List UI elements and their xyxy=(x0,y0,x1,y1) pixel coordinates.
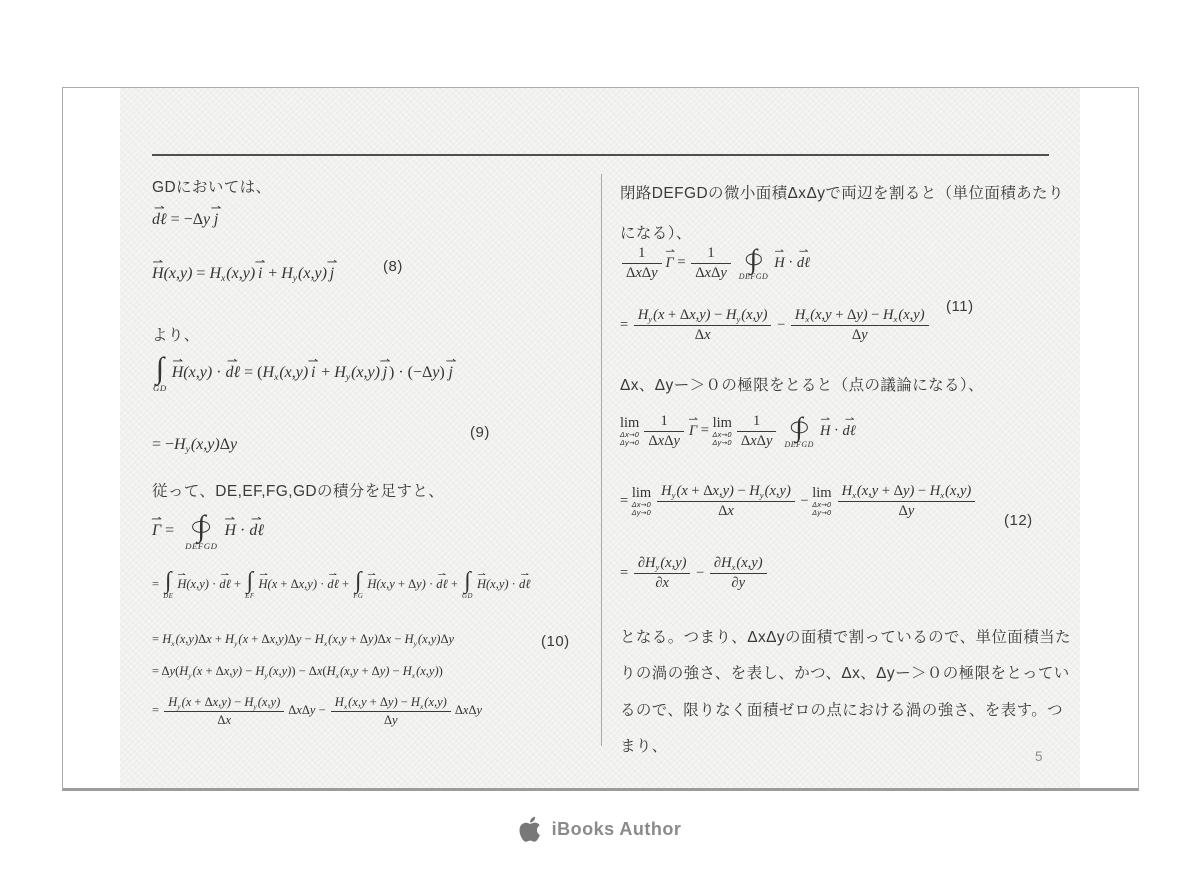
equation-divide-area: 1ΔxΔy⇀Γ = 1ΔxΔy∫DEFGD⇀H · ⇀dℓ xyxy=(620,244,810,283)
equation-partials: = ∂Hy(x,y)∂x − ∂Hx(x,y)∂y xyxy=(620,554,769,593)
equation-number: (11) xyxy=(946,298,974,315)
footer: iBooks Author xyxy=(0,816,1200,843)
equation-four-integrals: = ∫DE⇀H(x,y) · ⇀dℓ + ∫EF⇀H(x + Δx,y) · ⇀… xyxy=(152,570,530,600)
equation-grouped: = Δy(Hy(x + Δx,y) − Hy(x,y)) − Δx(Hx(x,y… xyxy=(152,664,443,680)
header-rule xyxy=(152,154,1049,156)
equation-number: (10) xyxy=(541,633,570,650)
equation-number: (12) xyxy=(1004,512,1033,529)
paragraph: 閉路DEFGDの微小面積ΔxΔyで両辺を割ると（単位面積あたりになる）、 xyxy=(620,174,1076,255)
footer-brand: iBooks Author xyxy=(552,819,682,840)
equation-limit: limΔx→0Δy→01ΔxΔy⇀Γ = limΔx→0Δy→01ΔxΔy∫DE… xyxy=(620,412,856,451)
paragraph: より、 xyxy=(152,324,200,347)
paragraph: GDにおいては、 xyxy=(152,176,271,199)
equation-dl: ⇀dℓ = −Δy⇀j xyxy=(152,206,220,229)
page-number: 5 xyxy=(1035,749,1043,764)
equation-field: ⇀H(x,y) = Hx(x,y)⇀i + Hy(x,y)⇀j xyxy=(152,260,336,284)
column-divider xyxy=(601,174,602,746)
equation-difference-quotients: = Hy(x + Δx,y) − Hy(x,y)Δx − Hx(x,y + Δy… xyxy=(620,306,931,345)
paragraph: 従って、DE,EF,FG,GDの積分を足すと、 xyxy=(152,480,444,503)
equation-gamma: ⇀Γ =∫DEFGD⇀H · ⇀dℓ xyxy=(152,512,264,551)
equation-integral-gd: ∫GD⇀H(x,y) · ⇀dℓ = (Hx(x,y)⇀i + Hy(x,y)⇀… xyxy=(152,354,455,393)
equation-number: (9) xyxy=(470,424,490,441)
equation-result-gd: = −Hy(x,y)Δy xyxy=(152,436,237,455)
page-paper-background: GDにおいては、 ⇀dℓ = −Δy⇀j ⇀H(x,y) = Hx(x,y)⇀i… xyxy=(120,88,1080,788)
document-page: GDにおいては、 ⇀dℓ = −Δy⇀j ⇀H(x,y) = Hx(x,y)⇀i… xyxy=(62,87,1139,791)
equation-number: (8) xyxy=(383,258,403,275)
equation-sum: = Hx(x,y)Δx + Hy(x + Δx,y)Δy − Hx(x,y + … xyxy=(152,632,454,648)
equation-limit-quotients: = limΔx→0Δy→0Hy(x + Δx,y) − Hy(x,y)Δx − … xyxy=(620,482,977,521)
paragraph: Δx、Δyー＞０の極限をとると（点の議論になる）、 xyxy=(620,374,1076,397)
apple-logo-icon xyxy=(519,816,541,843)
paragraph: となる。つまり、ΔxΔyの面積で割っているので、単位面積当たりの渦の強さ、を表し… xyxy=(620,620,1076,766)
equation-quotients: = Hy(x + Δx,y) − Hy(x,y)ΔxΔxΔy − Hx(x,y … xyxy=(152,694,482,729)
